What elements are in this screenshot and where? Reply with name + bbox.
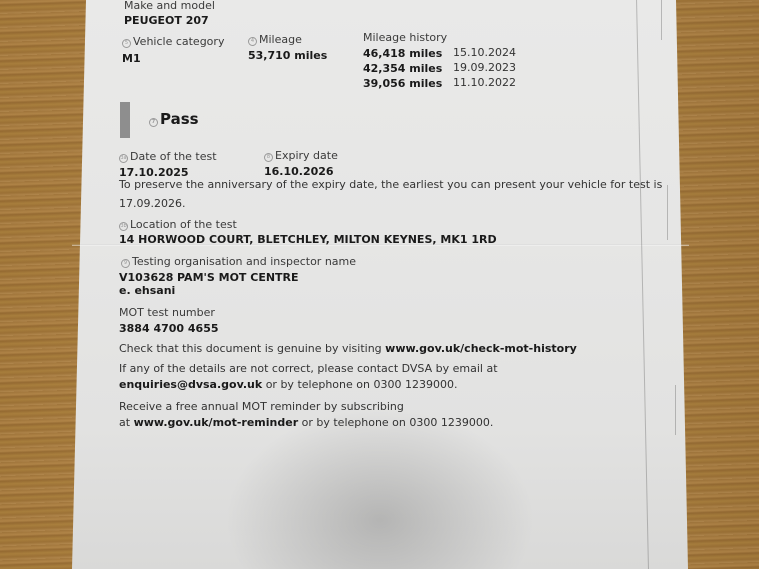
vehicle-category-value: M1 bbox=[122, 52, 141, 65]
mileage-history-date: 15.10.2024 bbox=[453, 46, 516, 59]
mileage-label: 4Mileage bbox=[248, 33, 302, 46]
mileage-history-date: 19.09.2023 bbox=[453, 61, 516, 74]
earliest-test-date: 17.09.2026. bbox=[119, 197, 185, 210]
contact-note: If any of the details are not correct, p… bbox=[119, 362, 498, 375]
test-result: 7Pass bbox=[149, 110, 199, 128]
mileage-history-miles: 46,418 miles bbox=[363, 47, 442, 60]
location-value: 14 HORWOOD COURT, BLETCHLEY, MILTON KEYN… bbox=[119, 233, 497, 246]
date-of-test-label: 3aDate of the test bbox=[119, 150, 217, 163]
expiry-date-label: 8Expiry date bbox=[264, 149, 338, 162]
mileage-value: 53,710 miles bbox=[248, 49, 327, 62]
mileage-history-label: Mileage history bbox=[363, 31, 447, 44]
circled-number-icon: 9 bbox=[121, 259, 130, 268]
testing-org-label: 9Testing organisation and inspector name bbox=[121, 255, 356, 268]
dvsa-email-link[interactable]: enquiries@dvsa.gov.uk bbox=[119, 378, 262, 391]
mileage-history-date: 11.10.2022 bbox=[453, 76, 516, 89]
testing-org-id: V103628 bbox=[119, 271, 173, 284]
reminder-note-continued: at www.gov.uk/mot-reminder or by telepho… bbox=[119, 416, 493, 429]
mot-reminder-link[interactable]: www.gov.uk/mot-reminder bbox=[134, 416, 299, 429]
circled-number-icon: 3b bbox=[119, 222, 128, 231]
location-label: 3bLocation of the test bbox=[119, 218, 237, 231]
test-number-label: MOT test number bbox=[119, 306, 215, 319]
inspector-name: e. ehsani bbox=[119, 284, 175, 297]
testing-org-name: PAM'S MOT CENTRE bbox=[177, 271, 299, 284]
result-status-bar bbox=[120, 102, 130, 138]
circled-number-icon: 4 bbox=[248, 37, 257, 46]
anniversary-note: To preserve the anniversary of the expir… bbox=[119, 178, 662, 191]
mileage-history-miles: 39,056 miles bbox=[363, 77, 442, 90]
mot-certificate: Make and model PEUGEOT 207 5Vehicle cate… bbox=[0, 0, 759, 569]
reminder-note: Receive a free annual MOT reminder by su… bbox=[119, 400, 404, 413]
vehicle-category-label: 5Vehicle category bbox=[122, 35, 224, 48]
circled-number-icon: 3a bbox=[119, 154, 128, 163]
mileage-history-miles: 42,354 miles bbox=[363, 62, 442, 75]
test-number-value: 3884 4700 4655 bbox=[119, 322, 219, 335]
make-model-label: Make and model bbox=[124, 0, 215, 12]
make-model-value: PEUGEOT 207 bbox=[124, 14, 209, 27]
circled-number-icon: 8 bbox=[264, 153, 273, 162]
contact-note-continued: enquiries@dvsa.gov.uk or by telephone on… bbox=[119, 378, 457, 391]
circled-number-icon: 7 bbox=[149, 118, 158, 127]
check-mot-history-link[interactable]: www.gov.uk/check-mot-history bbox=[385, 342, 577, 355]
check-genuine-note: Check that this document is genuine by v… bbox=[119, 342, 577, 355]
expiry-date-value: 16.10.2026 bbox=[264, 165, 334, 178]
circled-number-icon: 5 bbox=[122, 39, 131, 48]
